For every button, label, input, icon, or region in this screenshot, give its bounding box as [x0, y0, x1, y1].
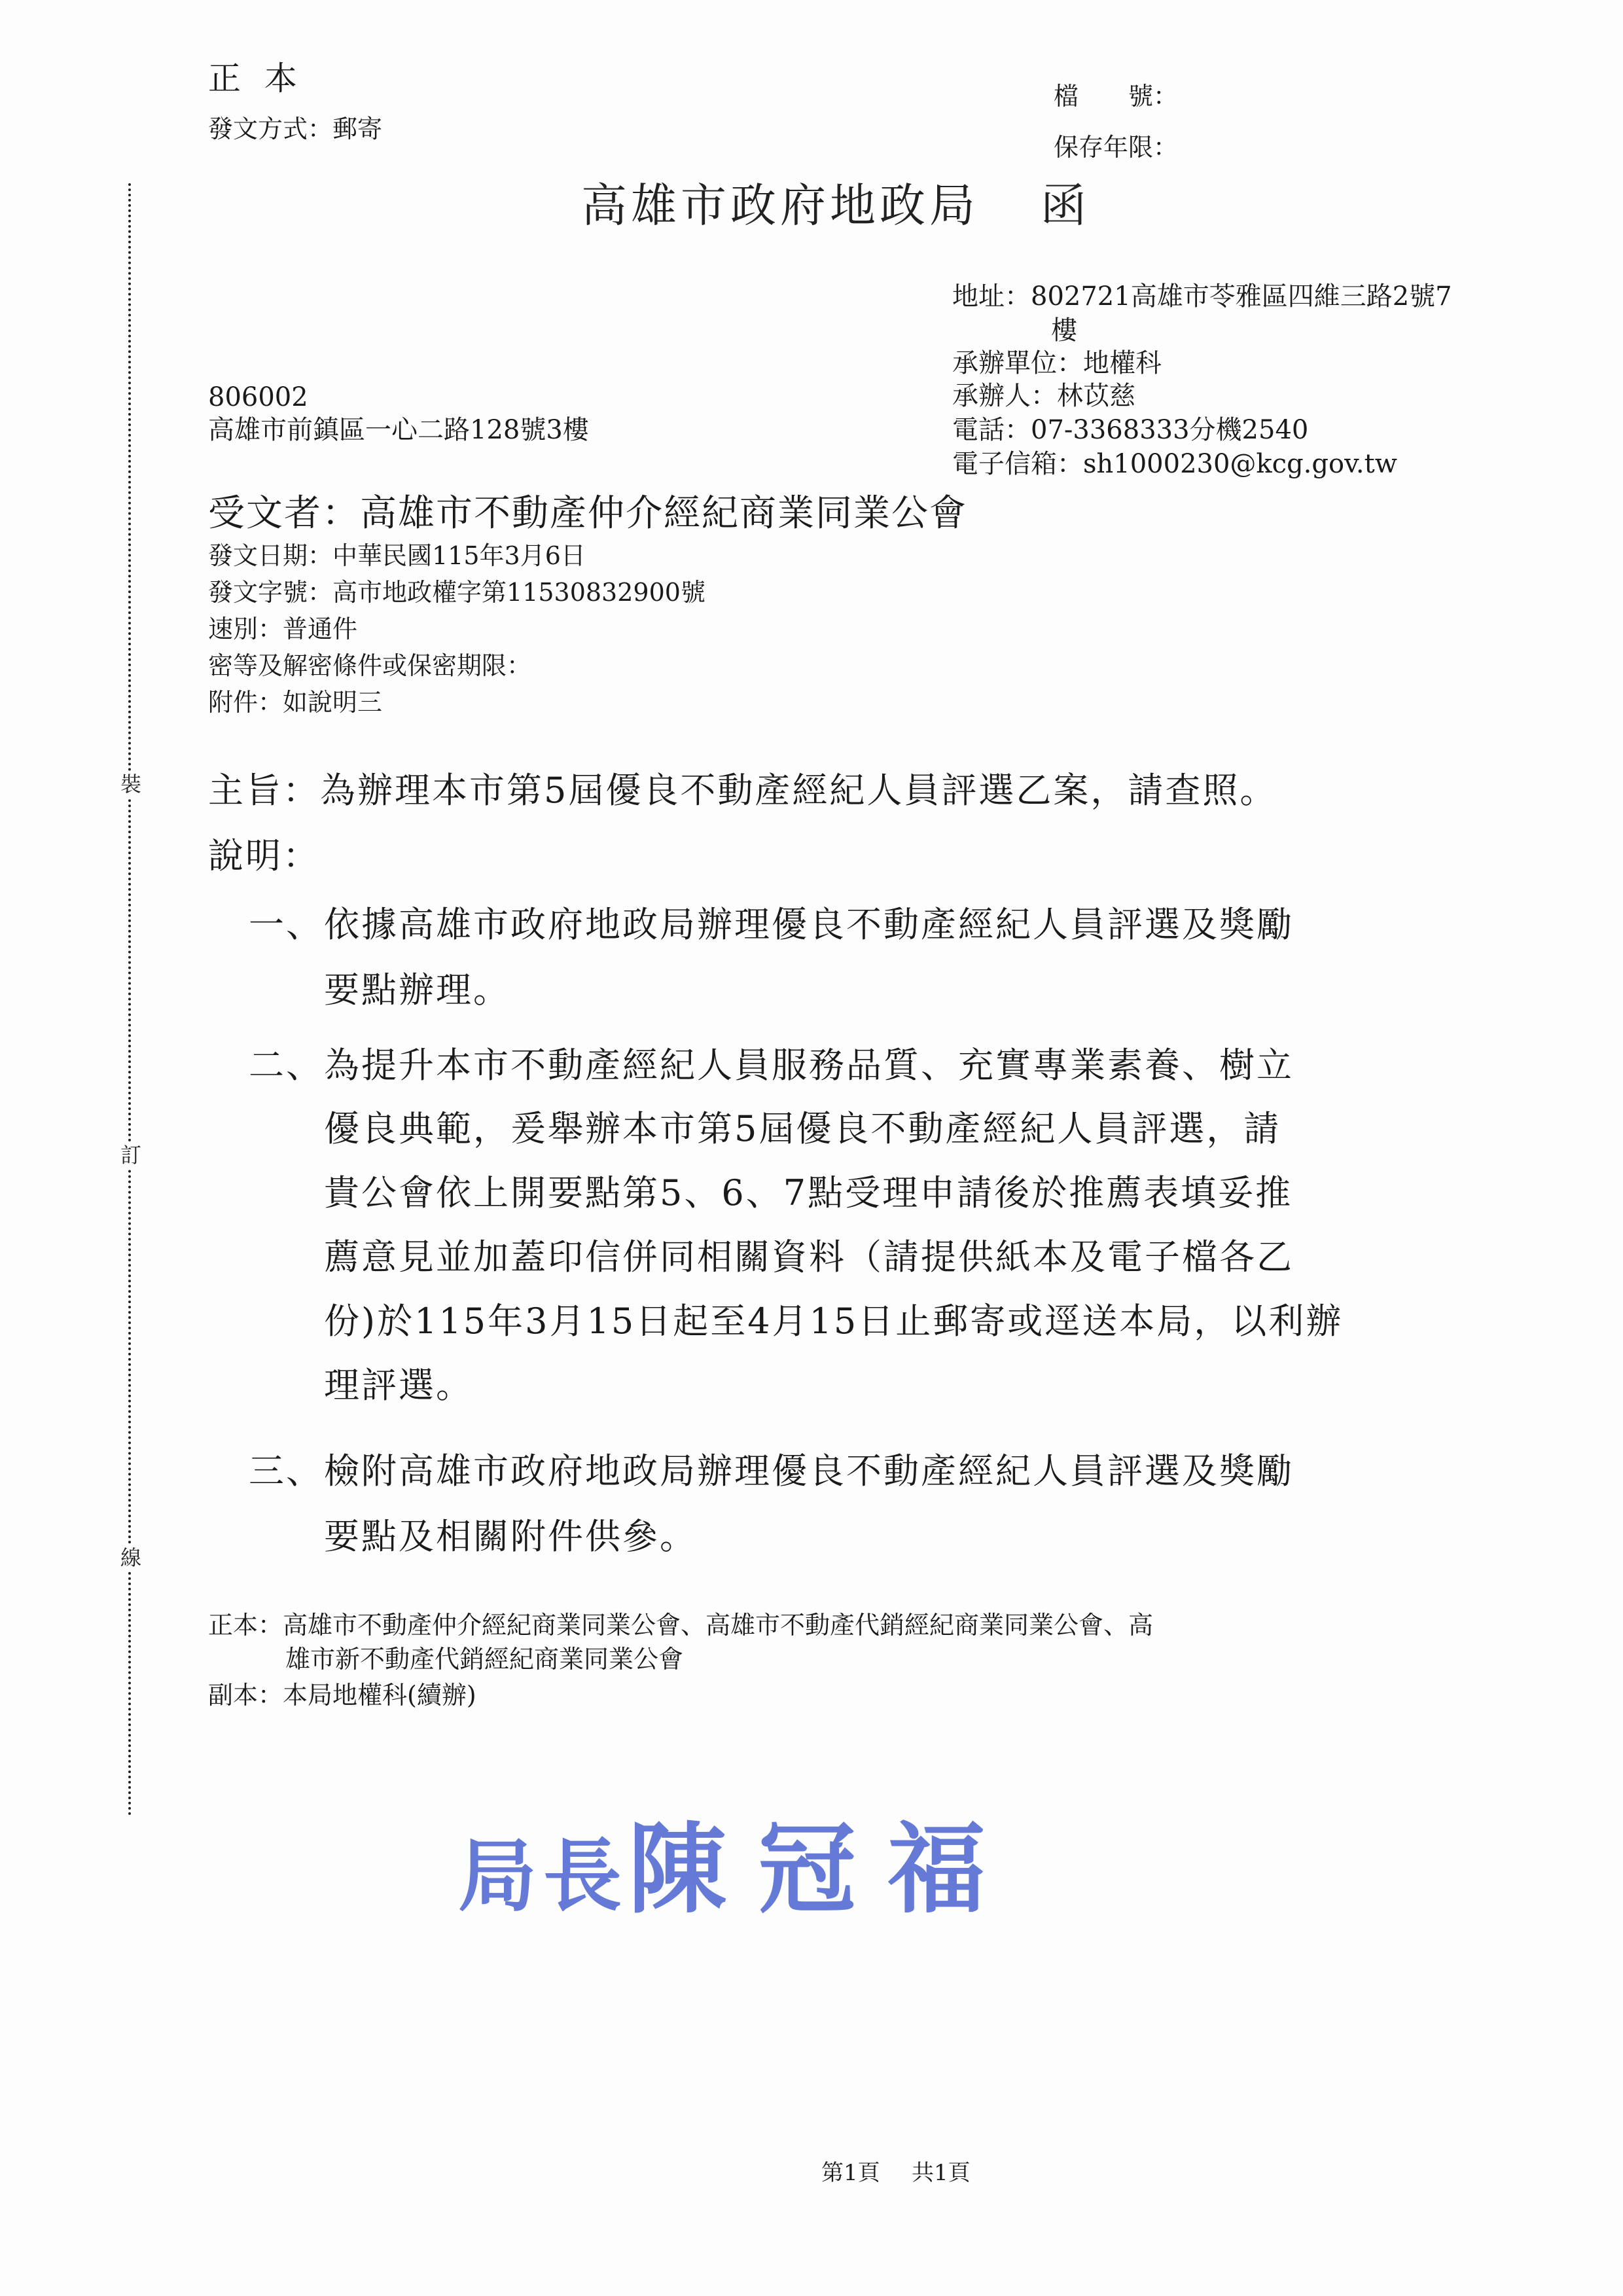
- document-number: 發文字號：高市地政權字第11530832900號: [208, 576, 705, 609]
- copy-recipients: 副本：本局地權科(續辦): [208, 1679, 476, 1712]
- explanation-item-3-line-2: 要點及相關附件供參。: [324, 1509, 697, 1559]
- director-title: 局長: [458, 1814, 628, 1926]
- explanation-item-2-line-4: 薦意見並加蓋印信併同相關資料（請提供紙本及電子檔各乙: [324, 1229, 1294, 1280]
- issue-date: 發文日期：中華民國115年3月6日: [208, 539, 586, 573]
- explanation-item-2-line-6: 理評選。: [324, 1357, 473, 1408]
- explanation-item-2-line-3: 貴公會依上開要點第5、6、7點受理申請後於推薦表填妥推: [324, 1165, 1293, 1215]
- binding-char-ding: 訂: [118, 1142, 144, 1168]
- explanation-item-2-number: 二、: [249, 1037, 323, 1088]
- director-name-char-3: 福: [887, 1790, 1004, 1931]
- sender-address-line1: 地址：802721高雄市苓雅區四維三路2號7: [952, 280, 1452, 313]
- page-number: 第1頁: [821, 2155, 880, 2187]
- binding-dotted-line: [128, 183, 131, 1817]
- sender-address-line2: 樓: [1051, 314, 1077, 347]
- retention-period-label: 保存年限：: [1054, 131, 1178, 164]
- copy-type-label: 正 本: [208, 52, 304, 99]
- director-name-char-1: 陳: [628, 1790, 745, 1931]
- official-letter-page: 裝 訂 線 正 本 發文方式：郵寄 檔 號： 保存年限： 高雄市政府地政局 函 …: [0, 0, 1623, 2296]
- binding-char-xian: 線: [118, 1545, 144, 1571]
- confidentiality-terms: 密等及解密條件或保密期限：: [208, 649, 531, 683]
- explanation-item-2-line-1: 為提升本市不動產經紀人員服務品質、充實專業素養、樹立: [324, 1037, 1294, 1088]
- page-total: 共1頁: [912, 2155, 971, 2187]
- document-type: 函: [1041, 169, 1090, 235]
- director-name-char-2: 冠: [758, 1790, 874, 1931]
- original-recipients-line2: 雄市新不動產代銷經紀商業同業公會: [285, 1643, 683, 1676]
- explanation-label: 說明：: [208, 828, 320, 878]
- recipient-postal-code: 806002: [208, 381, 308, 414]
- recipient-street-address: 高雄市前鎮區一心二路128號3樓: [208, 414, 589, 446]
- handler-email: 電子信箱：sh1000230@kcg.gov.tw: [952, 448, 1397, 480]
- attachment-note: 附件：如說明三: [208, 686, 382, 719]
- file-number-label: 檔 號：: [1054, 80, 1178, 113]
- handler-name: 承辦人：林苡慈: [952, 380, 1135, 412]
- explanation-item-2-line-2: 優良典範，爰舉辦本市第5屆優良不動產經紀人員評選，請: [324, 1101, 1281, 1151]
- recipient: 受文者：高雄市不動產仲介經紀商業同業公會: [208, 484, 967, 537]
- director-signature-stamp: 局長陳冠福: [458, 1790, 1004, 1931]
- subject-line: 主旨：為辦理本市第5屆優良不動產經紀人員評選乙案，請查照。: [208, 762, 1277, 813]
- explanation-item-1-line-2: 要點辦理。: [324, 962, 510, 1013]
- original-recipients-line1: 正本：高雄市不動產仲介經紀商業同業公會、高雄市不動產代銷經紀商業同業公會、高: [208, 1609, 1153, 1641]
- handling-unit: 承辦單位：地權科: [952, 347, 1162, 380]
- handler-phone: 電話：07-3368333分機2540: [952, 414, 1308, 446]
- explanation-item-3-number: 三、: [249, 1443, 323, 1494]
- binding-char-zhuang: 裝: [118, 771, 144, 797]
- explanation-item-2-line-5: 份)於115年3月15日起至4月15日止郵寄或逕送本局，以利辦: [324, 1293, 1343, 1344]
- explanation-item-3-line-1: 檢附高雄市政府地政局辦理優良不動產經紀人員評選及獎勵: [324, 1443, 1294, 1494]
- explanation-item-1-number: 一、: [249, 897, 323, 947]
- delivery-speed: 速別：普通件: [208, 613, 357, 646]
- agency-title: 高雄市政府地政局: [581, 169, 979, 235]
- delivery-method: 發文方式：郵寄: [208, 113, 382, 145]
- explanation-item-1-line-1: 依據高雄市政府地政局辦理優良不動產經紀人員評選及獎勵: [324, 897, 1294, 947]
